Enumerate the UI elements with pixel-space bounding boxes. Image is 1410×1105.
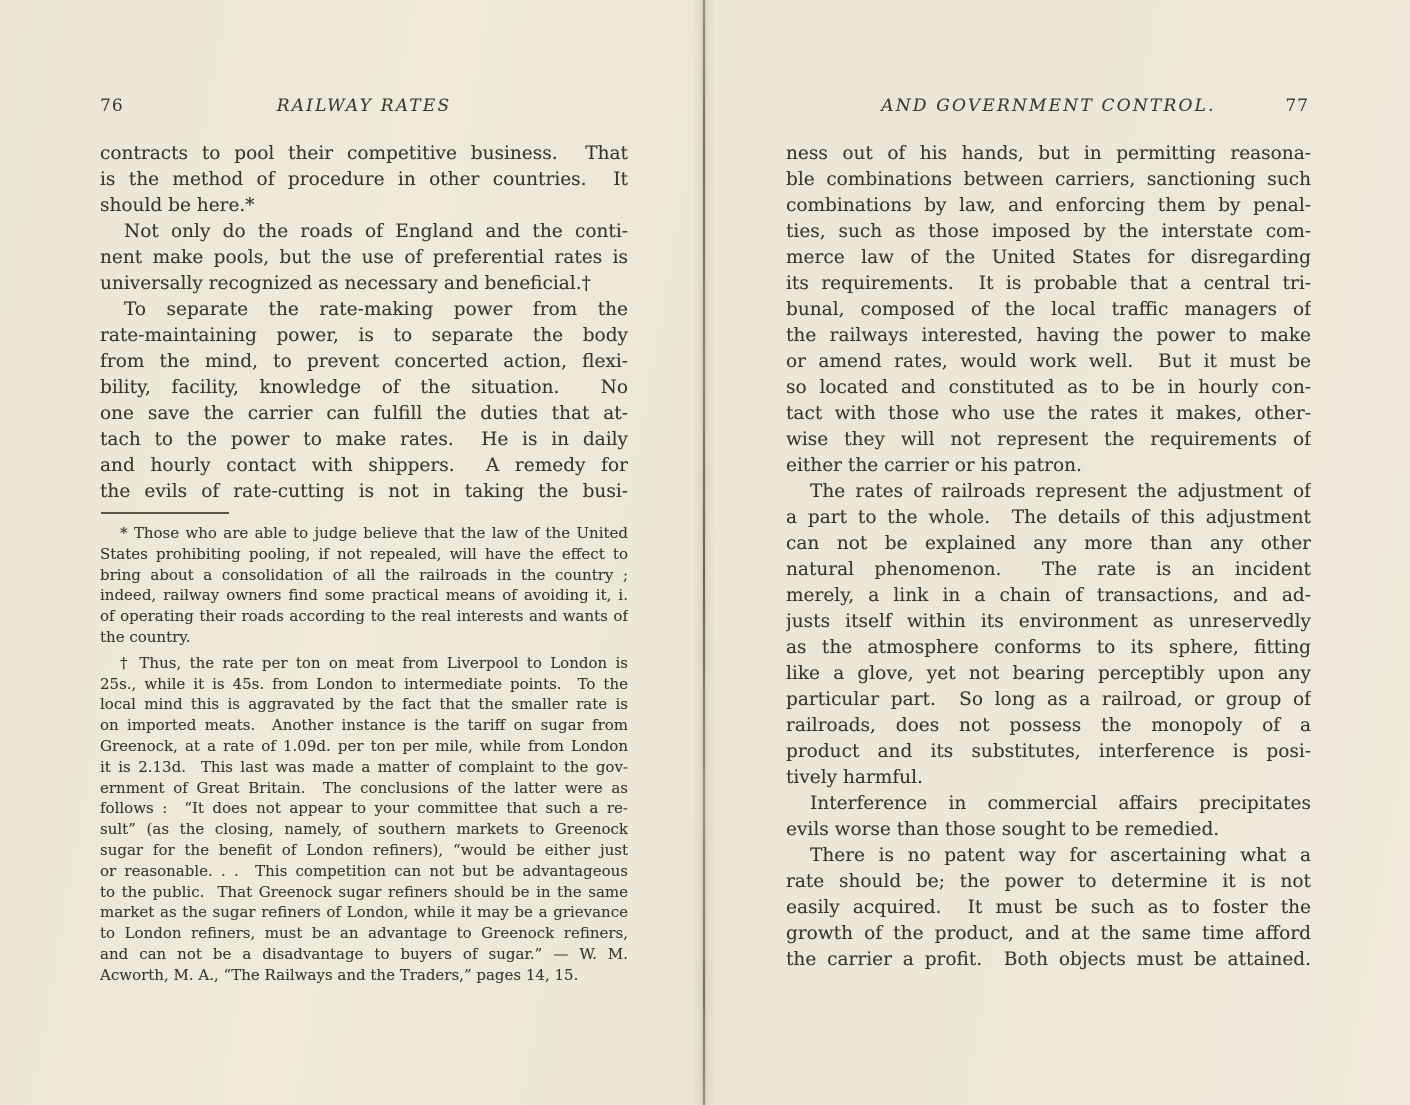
text-line: rate should be; the power to determine i… xyxy=(786,869,1311,895)
text-line: product and its substitutes, interferenc… xyxy=(786,739,1311,765)
right-running-head: AND GOVERNMENT CONTROL. xyxy=(786,96,1311,116)
text-line: from the mind, to prevent concerted acti… xyxy=(100,349,628,375)
text-line: local mind this is aggravated by the fac… xyxy=(100,694,628,715)
text-line: is the method of procedure in other coun… xyxy=(100,167,628,193)
text-line: To separate the rate-making power from t… xyxy=(100,297,628,323)
text-line: one save the carrier can fulfill the dut… xyxy=(100,401,628,427)
text-line: to the public. That Greenock sugar refin… xyxy=(100,882,628,903)
right-page-body-text: ness out of his hands, but in permitting… xyxy=(786,141,1311,973)
left-page-header: 76 RAILWAY RATES xyxy=(100,96,628,117)
text-line: tach to the power to make rates. He is i… xyxy=(100,427,628,453)
text-line: States prohibiting pooling, if not repea… xyxy=(100,544,628,565)
footnote-separator xyxy=(101,512,229,514)
left-page: 76 RAILWAY RATES contracts to pool their… xyxy=(100,96,628,986)
text-line: or amend rates, would work well. But it … xyxy=(786,349,1311,375)
text-line: like a glove, yet not bearing perceptibl… xyxy=(786,661,1311,687)
text-line: nent make pools, but the use of preferen… xyxy=(100,245,628,271)
text-line: growth of the product, and at the same t… xyxy=(786,921,1311,947)
text-line: on imported meats. Another instance is t… xyxy=(100,715,628,736)
text-line: universally recognized as necessary and … xyxy=(100,271,628,297)
text-line: justs itself within its environment as u… xyxy=(786,609,1311,635)
text-line: a part to the whole. The details of this… xyxy=(786,505,1311,531)
text-line: 25s., while it is 45s. from London to in… xyxy=(100,674,628,695)
text-line: natural phenomenon. The rate is an incid… xyxy=(786,557,1311,583)
text-line: its requirements. It is probable that a … xyxy=(786,271,1311,297)
text-line: combinations by law, and enforcing them … xyxy=(786,193,1311,219)
left-page-footnotes: * Those who are able to judge believe th… xyxy=(100,523,628,986)
text-line: ernment of Great Britain. The conclusion… xyxy=(100,778,628,799)
text-line: bring about a consolidation of all the r… xyxy=(100,565,628,586)
text-line: or reasonable. . . This competition can … xyxy=(100,861,628,882)
text-line: should be here.* xyxy=(100,193,628,219)
text-line: sugar for the benefit of London refiners… xyxy=(100,840,628,861)
text-line: tively harmful. xyxy=(786,765,1311,791)
right-page: AND GOVERNMENT CONTROL. 77 ness out of h… xyxy=(786,96,1311,973)
text-line: ties, such as those imposed by the inter… xyxy=(786,219,1311,245)
page-gutter-fold-line xyxy=(703,0,705,1105)
text-line: ble combinations between carriers, sanct… xyxy=(786,167,1311,193)
text-line: as the atmosphere conforms to its sphere… xyxy=(786,635,1311,661)
text-line: the railways interested, having the powe… xyxy=(786,323,1311,349)
text-line: follows : “It does not appear to your co… xyxy=(100,798,628,819)
left-page-number: 76 xyxy=(100,96,124,116)
text-line: to London refiners, must be an advantage… xyxy=(100,923,628,944)
text-line: merce law of the United States for disre… xyxy=(786,245,1311,271)
text-line: Interference in commercial affairs preci… xyxy=(786,791,1311,817)
text-line: indeed, railway owners find some practic… xyxy=(100,585,628,606)
text-line: can not be explained any more than any o… xyxy=(786,531,1311,557)
footnote-block: * Those who are able to judge believe th… xyxy=(100,523,628,648)
text-line: either the carrier or his patron. xyxy=(786,453,1311,479)
text-line: sult” (as the closing, namely, of southe… xyxy=(100,819,628,840)
right-page-number: 77 xyxy=(1285,96,1309,116)
text-line: Greenock, at a rate of 1.09d. per ton pe… xyxy=(100,736,628,757)
text-line: the carrier a profit. Both objects must … xyxy=(786,947,1311,973)
text-line: ness out of his hands, but in permitting… xyxy=(786,141,1311,167)
text-line: Acworth, M. A., “The Railways and the Tr… xyxy=(100,965,628,986)
text-line: the country. xyxy=(100,627,628,648)
text-line: and can not be a disadvantage to buyers … xyxy=(100,944,628,965)
text-line: bunal, composed of the local traffic man… xyxy=(786,297,1311,323)
text-line: the evils of rate-cutting is not in taki… xyxy=(100,479,628,505)
text-line: wise they will not represent the require… xyxy=(786,427,1311,453)
text-line: The rates of railroads represent the adj… xyxy=(786,479,1311,505)
text-line: it is 2.13d. This last was made a matter… xyxy=(100,757,628,778)
text-line: particular part. So long as a railroad, … xyxy=(786,687,1311,713)
text-line: merely, a link in a chain of transaction… xyxy=(786,583,1311,609)
text-line: contracts to pool their competitive busi… xyxy=(100,141,628,167)
text-line: bility, facility, knowledge of the situa… xyxy=(100,375,628,401)
text-line: easily acquired. It must be such as to f… xyxy=(786,895,1311,921)
text-line: market as the sugar refiners of London, … xyxy=(100,902,628,923)
text-line: of operating their roads according to th… xyxy=(100,606,628,627)
text-line: There is no patent way for ascertaining … xyxy=(786,843,1311,869)
text-line: † Thus, the rate per ton on meat from Li… xyxy=(100,653,628,674)
book-scan: 76 RAILWAY RATES contracts to pool their… xyxy=(0,0,1410,1105)
text-line: so located and constituted as to be in h… xyxy=(786,375,1311,401)
footnote-block: † Thus, the rate per ton on meat from Li… xyxy=(100,653,628,986)
right-page-header: AND GOVERNMENT CONTROL. 77 xyxy=(786,96,1311,117)
text-line: tact with those who use the rates it mak… xyxy=(786,401,1311,427)
text-line: and hourly contact with shippers. A reme… xyxy=(100,453,628,479)
text-line: * Those who are able to judge believe th… xyxy=(100,523,628,544)
text-line: evils worse than those sought to be reme… xyxy=(786,817,1311,843)
text-line: Not only do the roads of England and the… xyxy=(100,219,628,245)
text-line: rate-maintaining power, is to separate t… xyxy=(100,323,628,349)
text-line: railroads, does not possess the monopoly… xyxy=(786,713,1311,739)
left-running-head: RAILWAY RATES xyxy=(100,96,628,116)
left-page-body-text: contracts to pool their competitive busi… xyxy=(100,141,628,505)
